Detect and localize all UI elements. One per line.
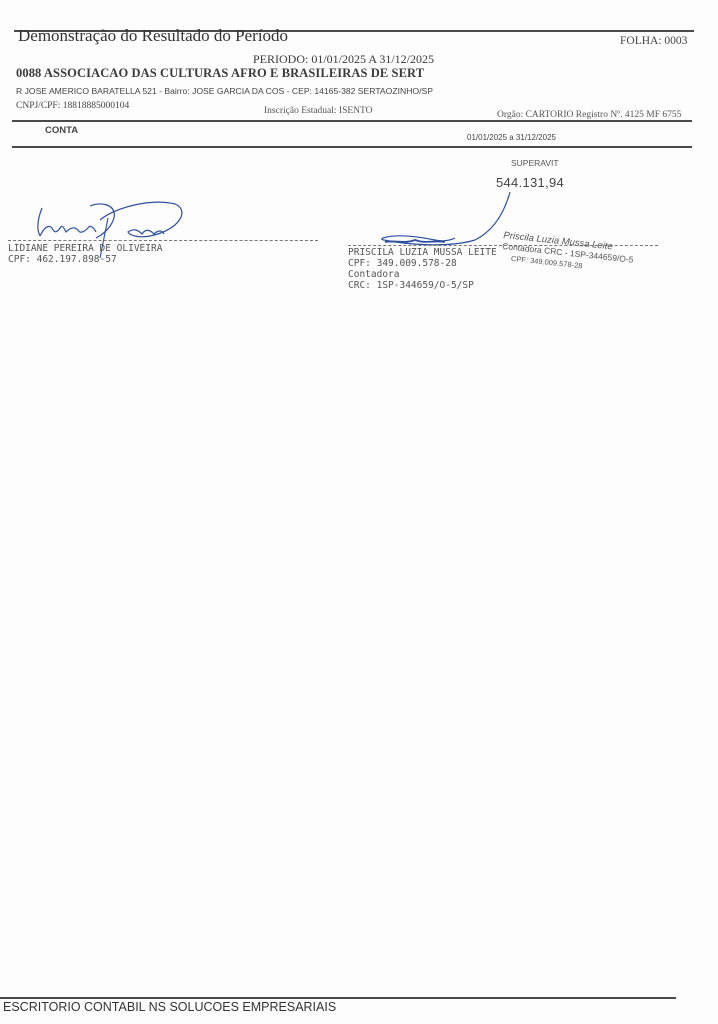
state-registration: Inscrição Estadual: ISENTO xyxy=(264,106,373,116)
header-rule-1 xyxy=(12,120,692,122)
accountant-stamp: Priscila Luzia Mussa Leite Contadora CRC… xyxy=(501,230,636,277)
result-label: SUPERAVIT xyxy=(511,158,559,168)
company-cnpj: CNPJ/CPF: 18818885000104 xyxy=(16,101,129,111)
registry-info: Orgão: CARTORIO Registro Nº. 4125 MF 675… xyxy=(497,110,681,120)
signature-2-block: PRISCILA LUZIA MUSSA LEITE CPF: 349.009.… xyxy=(348,247,497,291)
signer-1-name: LIDIANE PEREIRA DE OLIVEIRA xyxy=(8,243,162,254)
signer-2-crc: CRC: 1SP-344659/O-5/SP xyxy=(348,280,497,291)
signature-1-line xyxy=(8,240,318,241)
period-label: PERIODO: 01/01/2025 A 31/12/2025 xyxy=(253,52,434,67)
document-title: Demonstração do Resultado do Período xyxy=(18,26,288,46)
footer-rule xyxy=(0,997,676,999)
company-name: 0088 ASSOCIACAO DAS CULTURAS AFRO E BRAS… xyxy=(16,66,424,81)
accounting-office: ESCRITORIO CONTABIL NS SOLUCOES EMPRESAR… xyxy=(3,1000,336,1014)
signer-2-cpf: CPF: 349.009.578-28 xyxy=(348,258,497,269)
sheet-number: FOLHA: 0003 xyxy=(620,35,687,47)
header-rule-2 xyxy=(12,146,692,148)
signer-2-name: PRISCILA LUZIA MUSSA LEITE xyxy=(348,247,497,258)
result-value: 544.131,94 xyxy=(496,175,564,190)
company-address: R JOSE AMERICO BARATELLA 521 - Bairro: J… xyxy=(16,86,433,96)
signer-2-role: Contadora xyxy=(348,269,497,280)
signer-1-cpf: CPF: 462.197.898-57 xyxy=(8,254,162,265)
column-account-header: CONTA xyxy=(45,125,78,136)
column-period-header: 01/01/2025 a 31/12/2025 xyxy=(467,133,556,142)
signature-1-block: LIDIANE PEREIRA DE OLIVEIRA CPF: 462.197… xyxy=(8,243,162,265)
